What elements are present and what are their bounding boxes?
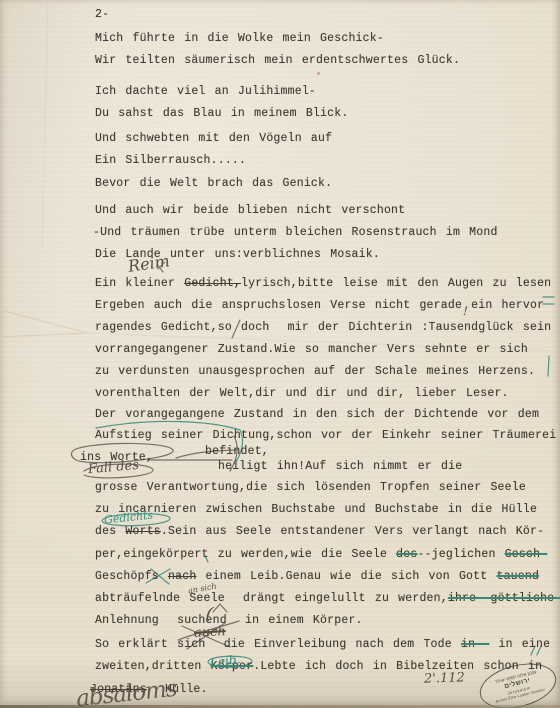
struck-text-teal: tauend xyxy=(496,570,539,583)
typed-text: lyrisch,bitte leise mit den Augen zu les… xyxy=(241,277,551,290)
typed-text: Ein Silberrausch..... xyxy=(95,154,246,167)
typed-line: Und auch wir beide blieben nicht verscho… xyxy=(95,205,405,217)
typed-line: Mich führte in die Wolke mein Geschick- xyxy=(95,33,384,45)
typed-line: -Und träumen trübe unterm bleichen Rosen… xyxy=(93,227,498,239)
typed-text: befindet, xyxy=(205,445,269,458)
typed-text: .Sein aus Seele entstandener Vers verlan… xyxy=(161,525,544,538)
typed-line: zweiten,dritten Körper.Lebte ich doch in… xyxy=(95,661,542,673)
handwritten-exclamation: ! xyxy=(463,305,469,317)
typed-line: zu verdunsten unausgesprochen auf der Sc… xyxy=(95,366,535,378)
struck-text-teal: des xyxy=(396,548,417,561)
typed-line: Aufstieg seiner Dichtung,schon vor der E… xyxy=(95,430,556,442)
typed-text: So erklärt sich die Einverleibung nach d… xyxy=(95,638,461,651)
typed-line: 2- xyxy=(95,9,109,21)
typed-line: Ich dachte viel an Julihimmel- xyxy=(95,86,316,98)
typed-line: vorenthalten der Welt,dir und dir und di… xyxy=(95,388,509,400)
typed-line: heiligt ihn!Auf sich nimmt er die xyxy=(218,461,462,473)
typed-line: Der vorangegangene Zustand in den sich d… xyxy=(95,409,539,421)
typed-text: .Lebte ich doch in Bibelzeiten schon in xyxy=(253,660,542,673)
struck-text-teal: ihre--göttliche- xyxy=(448,592,560,605)
typed-text: --jeglichen xyxy=(417,548,504,561)
catalog-number: 2'.112 xyxy=(424,671,465,685)
typed-text: per,eingekörpert zu werden,wie die Seele xyxy=(95,548,396,561)
typed-text: Und schwebten mit den Vögeln auf xyxy=(95,132,332,145)
struck-text: nach xyxy=(168,570,196,583)
typed-line: Und schwebten mit den Vögeln auf xyxy=(95,133,332,145)
handwritten-fall-des: Fall des xyxy=(88,459,140,476)
typed-line: Bevor die Welt brach das Genick. xyxy=(95,178,332,190)
typed-line: Geschöpfs nach einem Leib.Genau wie die … xyxy=(95,571,539,583)
paper-speck xyxy=(317,72,320,75)
struck-text: Worts xyxy=(125,525,161,538)
struck-text-teal: Gesch- xyxy=(505,548,548,561)
handwritten-reim: Reim xyxy=(127,253,171,275)
typed-line: zu incarnieren zwischen Buchstabe und Bu… xyxy=(95,504,537,516)
typed-text: Ergeben auch die anspruchslosen Verse ni… xyxy=(95,299,544,312)
typed-text: heiligt ihn!Auf sich nimmt er die xyxy=(218,460,462,473)
typed-text: Ich dachte viel an Julihimmel- xyxy=(95,85,316,98)
typed-text: zweiten,dritten xyxy=(95,660,211,673)
typed-line: ragendes Gedicht,so doch mir der Dichter… xyxy=(95,322,551,334)
typed-text: vorrangegangener Zustand.Wie so mancher … xyxy=(95,343,528,356)
typed-text: -Und träumen trübe unterm bleichen Rosen… xyxy=(93,226,498,239)
handwritten-auch: auch xyxy=(194,625,226,640)
typed-text: Mich führte in die Wolke mein Geschick- xyxy=(95,32,384,45)
typed-line: des Worts.Sein aus Seele entstandener Ve… xyxy=(95,526,544,538)
typed-text: des xyxy=(95,525,125,538)
typed-text: zu verdunsten unausgesprochen auf der Sc… xyxy=(95,365,535,378)
typed-line: vorrangegangener Zustand.Wie so mancher … xyxy=(95,344,528,356)
typed-text: Aufstieg seiner Dichtung,schon vor der E… xyxy=(95,429,556,442)
typed-text: Der vorangegangene Zustand in den sich d… xyxy=(95,408,539,421)
typed-line: abträufelnde Seele drängt eingelullt zu … xyxy=(95,593,560,605)
scanned-page: עזבון אלזה לסקר-שילר ירושלים Jerusalem A… xyxy=(0,0,560,708)
typed-text: Wir teilten säumerisch mein erdentschwer… xyxy=(95,54,460,67)
typed-line: Ein kleiner Gedicht,lyrisch,bitte leise … xyxy=(95,278,551,290)
handwritten-gedichts: Gedichts xyxy=(104,509,154,525)
typed-text: Geschöpfs xyxy=(95,570,168,583)
typed-text: in eine xyxy=(489,638,550,651)
typed-text: Bevor die Welt brach das Genick. xyxy=(95,177,332,190)
typed-line: Du sahst das Blau in meinem Blick. xyxy=(95,108,348,120)
typed-text: vorenthalten der Welt,dir und dir und di… xyxy=(95,387,509,400)
typed-text: Und auch wir beide blieben nicht verscho… xyxy=(95,204,405,217)
struck-text-teal: in-- xyxy=(461,638,489,651)
typed-text: Anlehnung suchend in einem Körper. xyxy=(95,614,363,627)
typed-text: 2- xyxy=(95,8,109,21)
typed-line: Wir teilten säumerisch mein erdentschwer… xyxy=(95,55,460,67)
typed-text: zu incarnieren zwischen Buchstabe und Bu… xyxy=(95,503,537,516)
typed-line: Ergeben auch die anspruchslosen Verse ni… xyxy=(95,300,544,312)
typed-line: per,eingekörpert zu werden,wie die Seele… xyxy=(95,549,547,561)
typed-line: So erklärt sich die Einverleibung nach d… xyxy=(95,639,550,651)
struck-text: Gedicht, xyxy=(184,277,241,290)
typed-text: abträufelnde Seele drängt eingelullt zu … xyxy=(95,592,448,605)
typed-text: ragendes Gedicht,so doch mir der Dichter… xyxy=(95,321,551,334)
typed-line: Anlehnung suchend in einem Körper. xyxy=(95,615,363,627)
typed-line: grosse Verantwortung,die sich lösenden T… xyxy=(95,482,526,494)
typed-line: befindet, xyxy=(205,446,269,458)
typed-text: einem Leib.Genau wie die sich von Gott xyxy=(196,570,496,583)
typed-line: Ein Silberrausch..... xyxy=(95,155,246,167)
typed-text: Du sahst das Blau in meinem Blick. xyxy=(95,107,348,120)
typed-text: Ein kleiner xyxy=(95,277,184,290)
typed-text: grosse Verantwortung,die sich lösenden T… xyxy=(95,481,526,494)
